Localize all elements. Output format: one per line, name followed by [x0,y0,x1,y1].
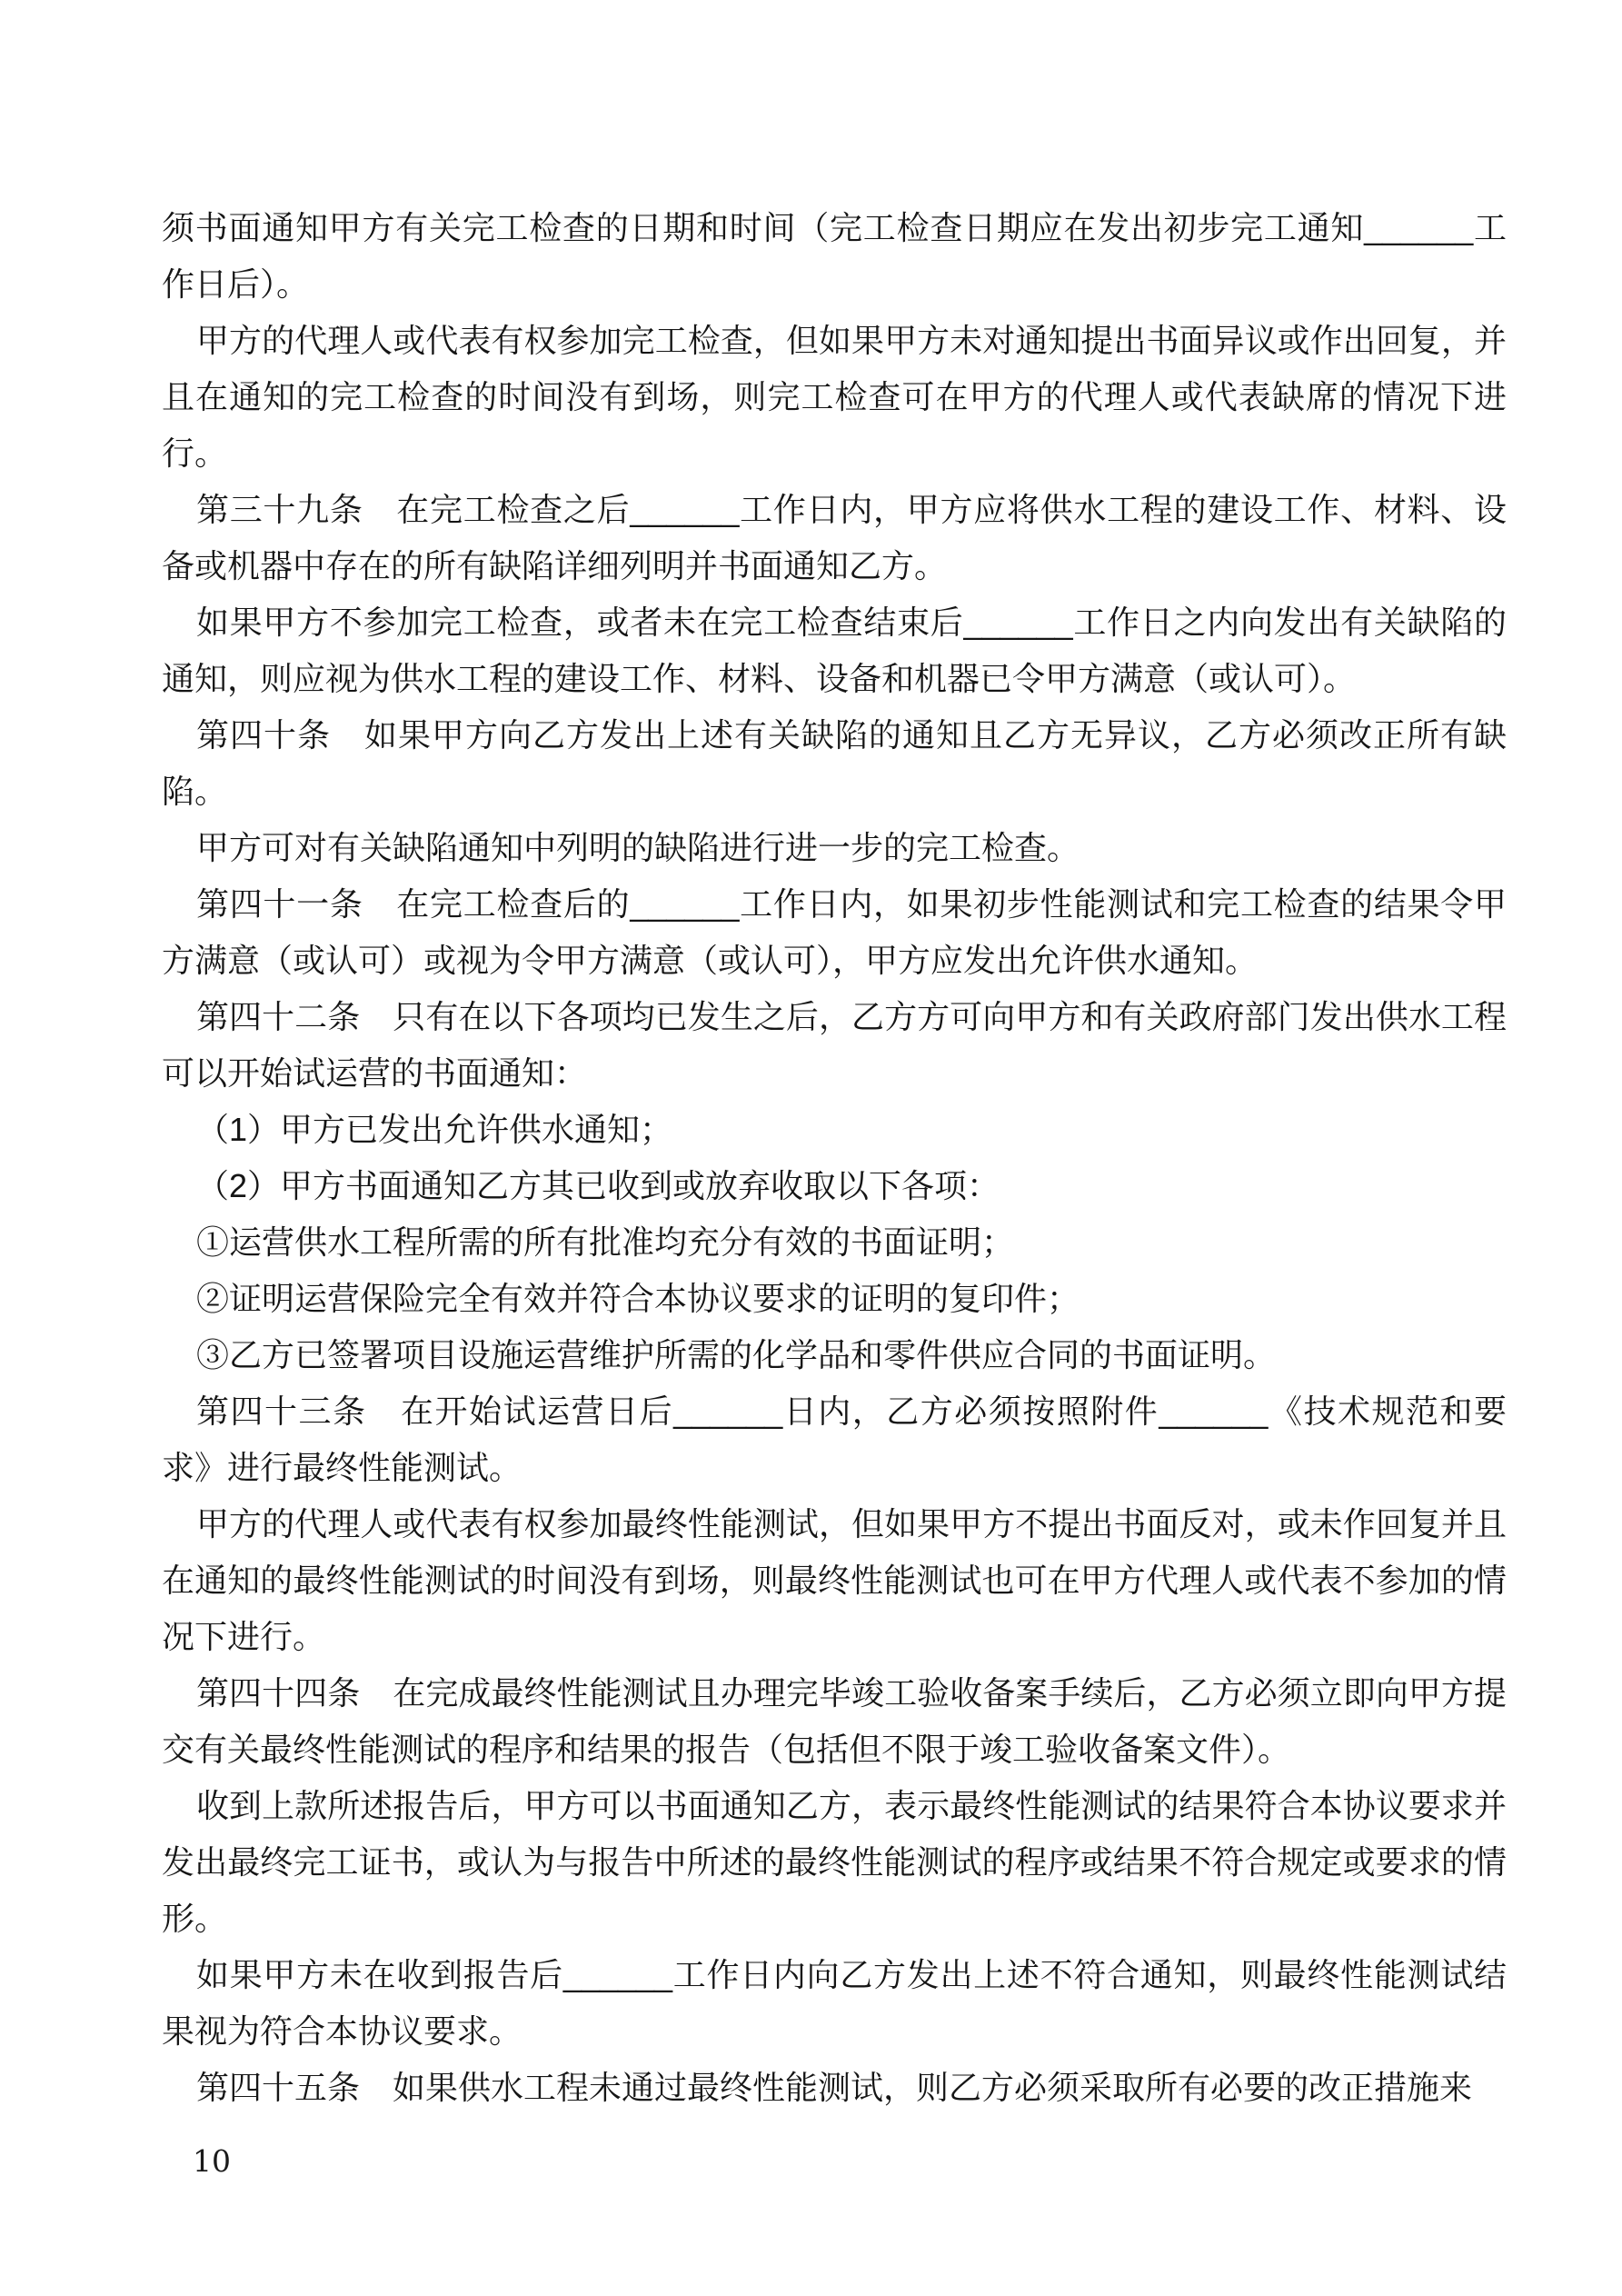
list-item: （1）甲方已发出允许供水通知； [162,1102,1507,1158]
paragraph-clause-45: 第四十五条 如果供水工程未通过最终性能测试，则乙方必须采取所有必要的改正措施来 [162,2060,1507,2116]
contract-body: 须书面通知甲方有关完工检查的日期和时间（完工检查日期应在发出初步完工通知____… [162,200,1507,2116]
paragraph: 收到上款所述报告后，甲方可以书面通知乙方，表示最终性能测试的结果符合本协议要求并… [162,1778,1507,1947]
paragraph: 须书面通知甲方有关完工检查的日期和时间（完工检查日期应在发出初步完工通知____… [162,200,1507,313]
paragraph: 甲方的代理人或代表有权参加完工检查，但如果甲方未对通知提出书面异议或作出回复，并… [162,313,1507,482]
paragraph-clause-44: 第四十四条 在完成最终性能测试且办理完毕竣工验收备案手续后，乙方必须立即向甲方提… [162,1665,1507,1778]
paragraph-clause-43: 第四十三条 在开始试运营日后______日内，乙方必须按照附件______《技术… [162,1383,1507,1496]
paragraph: 如果甲方不参加完工检查，或者未在完工检查结束后______工作日之内向发出有关缺… [162,594,1507,707]
paragraph-clause-41: 第四十一条 在完工检查后的______工作日内，如果初步性能测试和完工检查的结果… [162,876,1507,989]
paragraph-clause-39: 第三十九条 在完工检查之后______工作日内，甲方应将供水工程的建设工作、材料… [162,482,1507,594]
paragraph-clause-42: 第四十二条 只有在以下各项均已发生之后，乙方方可向甲方和有关政府部门发出供水工程… [162,989,1507,1102]
document-page: 须书面通知甲方有关完工检查的日期和时间（完工检查日期应在发出初步完工通知____… [0,0,1622,2296]
list-item: ③乙方已签署项目设施运营维护所需的化学品和零件供应合同的书面证明。 [162,1327,1507,1383]
paragraph: 如果甲方未在收到报告后______工作日内向乙方发出上述不符合通知，则最终性能测… [162,1947,1507,2060]
list-item: ②证明运营保险完全有效并符合本协议要求的证明的复印件； [162,1271,1507,1327]
paragraph: 甲方可对有关缺陷通知中列明的缺陷进行进一步的完工检查。 [162,820,1507,876]
paragraph: 甲方的代理人或代表有权参加最终性能测试，但如果甲方不提出书面反对，或未作回复并且… [162,1496,1507,1665]
list-item: ①运营供水工程所需的所有批准均充分有效的书面证明； [162,1214,1507,1271]
page-number: 10 [193,2143,231,2179]
paragraph-clause-40: 第四十条 如果甲方向乙方发出上述有关缺陷的通知且乙方无异议，乙方必须改正所有缺陷… [162,707,1507,820]
list-item: （2）甲方书面通知乙方其已收到或放弃收取以下各项： [162,1158,1507,1214]
